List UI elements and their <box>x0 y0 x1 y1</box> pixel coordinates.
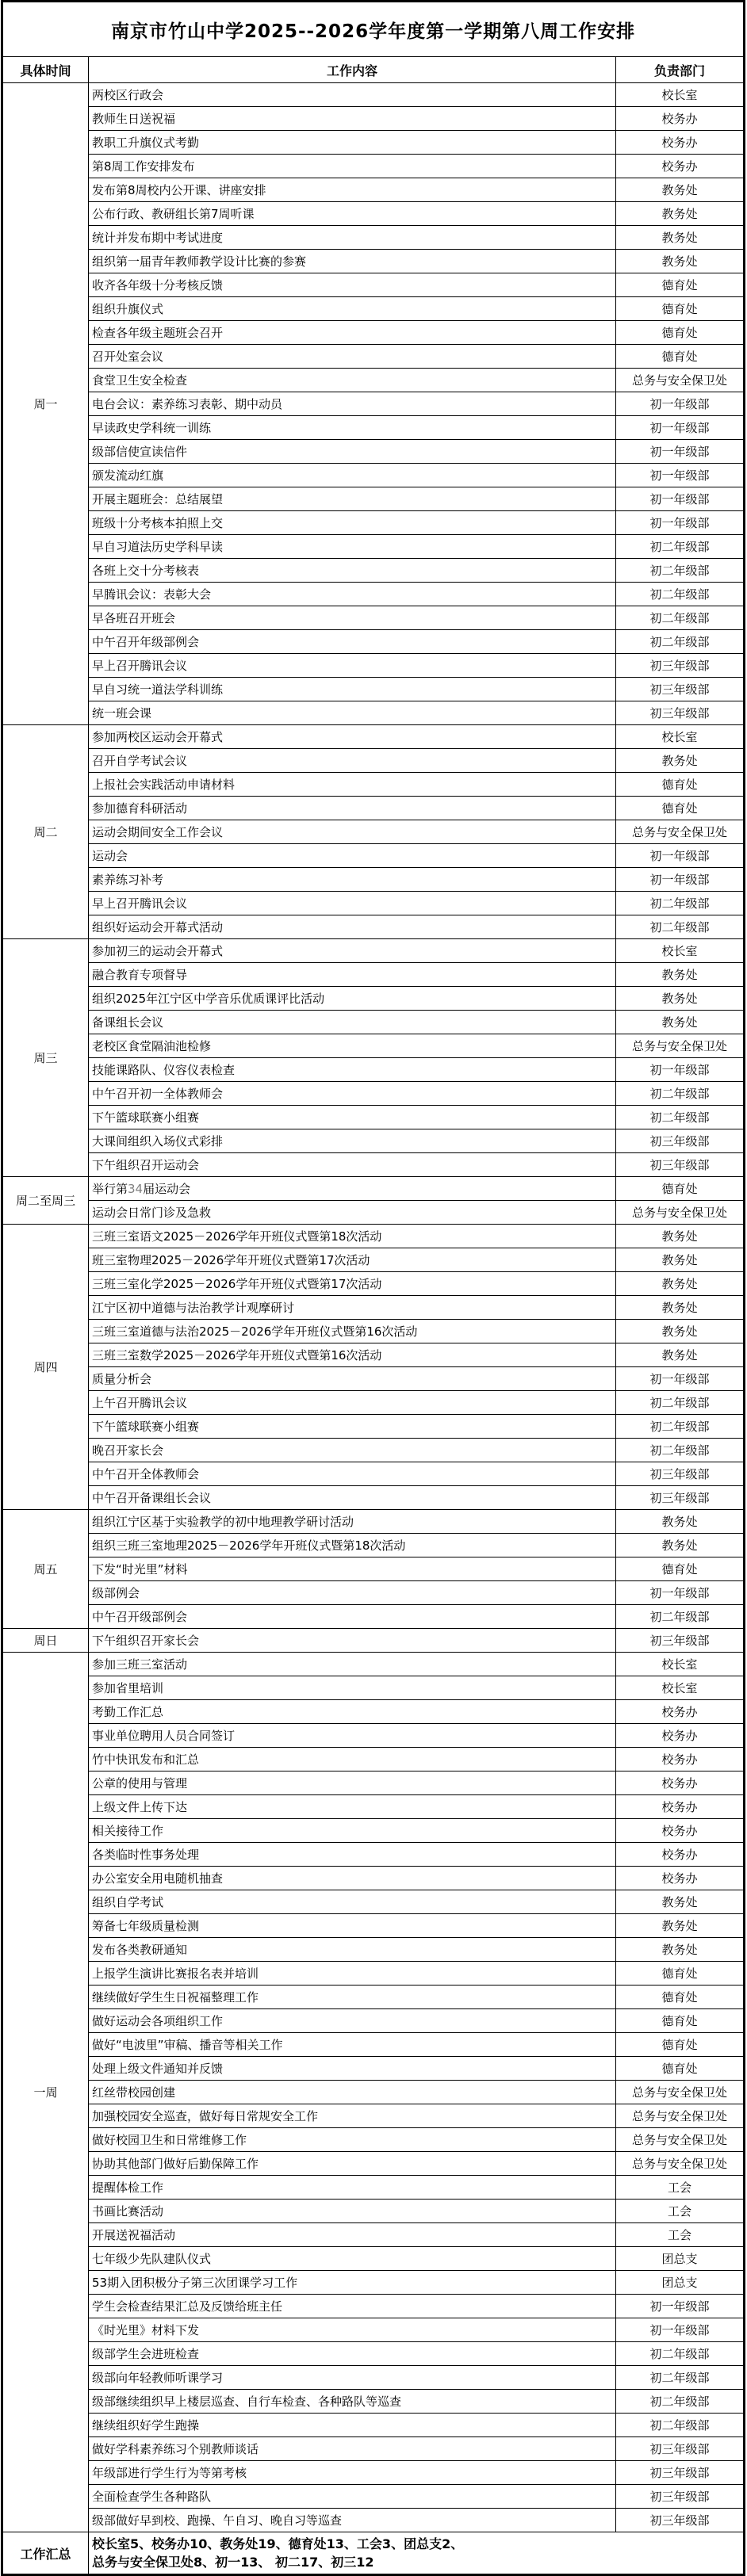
department-cell: 校务办 <box>616 107 745 131</box>
work-content-cell: 三班三室道德与法治2025－2026学年开班仪式暨第16次活动 <box>89 1320 616 1343</box>
time-cell-5: 周五 <box>2 1510 89 1629</box>
department-cell: 教务处 <box>616 1938 745 1962</box>
department-cell: 初一年级部 <box>616 464 745 487</box>
table-row: 处理上级文件通知并反馈德育处 <box>2 2057 745 2081</box>
table-row: 融合教育专项督导教务处 <box>2 963 745 987</box>
summary-line-1: 校长室5、校务办10、教务处19、德育处13、工会3、团总支2、 <box>92 2536 463 2551</box>
table-row: 班级十分考核本拍照上交初一年级部 <box>2 511 745 535</box>
department-cell: 校长室 <box>616 1676 745 1700</box>
work-content-cell: 参加三班三室活动 <box>89 1653 616 1676</box>
department-cell: 校长室 <box>616 725 745 749</box>
work-content-cell: 教师生日送祝福 <box>89 107 616 131</box>
table-row: 运动会期间安全工作会议总务与安全保卫处 <box>2 820 745 844</box>
table-row: 各班上交十分考核表初二年级部 <box>2 559 745 583</box>
table-row: 中午召开初一全体教师会初二年级部 <box>2 1082 745 1106</box>
work-content-cell: 下发“时光里”材料 <box>89 1557 616 1581</box>
table-row: 组织好运动会开幕式活动初二年级部 <box>2 915 745 939</box>
department-cell: 校长室 <box>616 1653 745 1676</box>
department-cell: 团总支 <box>616 2247 745 2271</box>
table-row: 三班三室道德与法治2025－2026学年开班仪式暨第16次活动教务处 <box>2 1320 745 1343</box>
table-row: 组织三班三室地理2025－2026学年开班仪式暨第18次活动教务处 <box>2 1534 745 1557</box>
work-content-cell: 组织2025年江宁区中学音乐优质课评比活动 <box>89 987 616 1011</box>
department-cell: 校务办 <box>616 1724 745 1748</box>
work-content-cell: 书画比赛活动 <box>89 2200 616 2223</box>
work-content-cell: 下午组织召开家长会 <box>89 1629 616 1653</box>
work-content-cell: 处理上级文件通知并反馈 <box>89 2057 616 2081</box>
table-row: 三班三室化学2025－2026学年开班仪式暨第17次活动教务处 <box>2 1272 745 1296</box>
department-cell: 校务办 <box>616 1700 745 1724</box>
table-row: 协助其他部门做好后勤保障工作总务与安全保卫处 <box>2 2152 745 2176</box>
table-row: 收齐各年级十分考核反馈德育处 <box>2 273 745 297</box>
department-cell: 初一年级部 <box>616 1058 745 1082</box>
work-content-cell: 做好学科素养练习个别教师谈话 <box>89 2437 616 2461</box>
work-content-cell: 电台会议：素养练习表彰、期中动员 <box>89 392 616 416</box>
table-row: 下发“时光里”材料德育处 <box>2 1557 745 1581</box>
table-row: 中午召开全体教师会初三年级部 <box>2 1462 745 1486</box>
department-cell: 德育处 <box>616 1557 745 1581</box>
table-row: 中午召开备课组长会议初三年级部 <box>2 1486 745 1510</box>
department-cell: 教务处 <box>616 1011 745 1034</box>
work-content-cell: 相关接待工作 <box>89 1819 616 1843</box>
department-cell: 德育处 <box>616 797 745 820</box>
work-content-cell: 级部例会 <box>89 1581 616 1605</box>
work-schedule-sheet: 南京市竹山中学2025--2026学年度第一学期第八周工作安排 具体时间 工作内… <box>1 0 743 2576</box>
department-cell: 初一年级部 <box>616 844 745 868</box>
table-row: 筹备七年级质量检测教务处 <box>2 1914 745 1938</box>
department-cell: 德育处 <box>616 2057 745 2081</box>
work-content-cell: 《时光里》材料下发 <box>89 2318 616 2342</box>
work-content-cell: 公布行政、教研组长第7周听课 <box>89 202 616 226</box>
table-row: 学生会检查结果汇总及反馈给班主任初一年级部 <box>2 2295 745 2318</box>
table-row: 组织第一届青年教师教学设计比赛的参赛教务处 <box>2 250 745 273</box>
work-content-cell: 中午召开年级部例会 <box>89 630 616 654</box>
work-content-cell: 级部继续组织早上楼层巡查、自行车检查、各种路队等巡查 <box>89 2390 616 2414</box>
table-row: 周五组织江宁区基于实验教学的初中地理教学研讨活动教务处 <box>2 1510 745 1534</box>
department-cell: 教务处 <box>616 202 745 226</box>
table-row: 中午召开年级部例会初二年级部 <box>2 630 745 654</box>
table-row: 公布行政、教研组长第7周听课教务处 <box>2 202 745 226</box>
department-cell: 教务处 <box>616 226 745 250</box>
department-cell: 初二年级部 <box>616 2390 745 2414</box>
work-content-cell: 事业单位聘用人员合同签订 <box>89 1724 616 1748</box>
table-row: 食堂卫生安全检查总务与安全保卫处 <box>2 369 745 392</box>
department-cell: 初二年级部 <box>616 1106 745 1129</box>
table-row: 早自习道法历史学科早读初二年级部 <box>2 535 745 559</box>
department-cell: 初二年级部 <box>616 583 745 606</box>
time-cell-7: 一周 <box>2 1653 89 2532</box>
table-row: 电台会议：素养练习表彰、期中动员初一年级部 <box>2 392 745 416</box>
department-cell: 初一年级部 <box>616 440 745 464</box>
table-row: 江宁区初中道德与法治教学计观摩研讨教务处 <box>2 1296 745 1320</box>
table-row: 周三参加初三的运动会开幕式校长室 <box>2 939 745 963</box>
table-row: 开展主题班会：总结展望初一年级部 <box>2 487 745 511</box>
department-cell: 初二年级部 <box>616 892 745 915</box>
department-cell: 德育处 <box>616 773 745 797</box>
time-cell-2: 周三 <box>2 939 89 1177</box>
work-content-cell: 食堂卫生安全检查 <box>89 369 616 392</box>
department-cell: 校长室 <box>616 939 745 963</box>
department-cell: 教务处 <box>616 250 745 273</box>
table-row: 召开自学考试会议教务处 <box>2 749 745 773</box>
department-cell: 初二年级部 <box>616 630 745 654</box>
table-row: 上报社会实践活动申请材料德育处 <box>2 773 745 797</box>
table-row: 周二参加两校区运动会开幕式校长室 <box>2 725 745 749</box>
work-content-cell: 做好运动会各项组织工作 <box>89 2009 616 2033</box>
work-content-cell: 下午组织召开运动会 <box>89 1153 616 1177</box>
department-cell: 总务与安全保卫处 <box>616 2081 745 2104</box>
table-row: 七年级少先队建队仪式团总支 <box>2 2247 745 2271</box>
table-row: 三班三室数学2025－2026学年开班仪式暨第16次活动教务处 <box>2 1343 745 1367</box>
page-title: 南京市竹山中学2025--2026学年度第一学期第八周工作安排 <box>2 2 745 57</box>
department-cell: 德育处 <box>616 297 745 321</box>
department-cell: 校长室 <box>616 83 745 107</box>
table-row: 级部学生会进班检查初二年级部 <box>2 2342 745 2366</box>
department-cell: 初三年级部 <box>616 678 745 701</box>
table-row: 早自习统一道法学科训练初三年级部 <box>2 678 745 701</box>
table-row: 加强校园安全巡查，做好每日常规安全工作总务与安全保卫处 <box>2 2104 745 2128</box>
department-cell: 教务处 <box>616 1320 745 1343</box>
work-content-cell: 检查各年级主题班会召开 <box>89 321 616 345</box>
department-cell: 初二年级部 <box>616 606 745 630</box>
department-cell: 德育处 <box>616 2033 745 2057</box>
department-cell: 初三年级部 <box>616 1129 745 1153</box>
time-cell-0: 周一 <box>2 83 89 725</box>
work-content-cell: 上级文件上传下达 <box>89 1795 616 1819</box>
department-cell: 校务办 <box>616 1819 745 1843</box>
table-row: 早读政史学科统一训练初一年级部 <box>2 416 745 440</box>
table-row: 红丝带校园创建总务与安全保卫处 <box>2 2081 745 2104</box>
table-row: 大课间组织入场仪式彩排初三年级部 <box>2 1129 745 1153</box>
table-row: 早腾讯会议：表彰大会初二年级部 <box>2 583 745 606</box>
work-content-cell: 学生会检查结果汇总及反馈给班主任 <box>89 2295 616 2318</box>
work-content-cell: 七年级少先队建队仪式 <box>89 2247 616 2271</box>
table-row: 开展送祝福活动工会 <box>2 2223 745 2247</box>
work-content-cell: 发布第8周校内公开课、讲座安排 <box>89 178 616 202</box>
department-cell: 工会 <box>616 2200 745 2223</box>
work-content-cell: 中午召开初一全体教师会 <box>89 1082 616 1106</box>
table-row: 办公室安全用电随机抽查校务办 <box>2 1867 745 1890</box>
department-cell: 初三年级部 <box>616 1629 745 1653</box>
department-cell: 校务办 <box>616 1843 745 1867</box>
table-row: 竹中快讯发布和汇总校务办 <box>2 1748 745 1771</box>
table-row: 早各班召开班会初二年级部 <box>2 606 745 630</box>
department-cell: 校务办 <box>616 1771 745 1795</box>
table-row: 做好校园卫生和日常维修工作总务与安全保卫处 <box>2 2128 745 2152</box>
table-row: 早上召开腾讯会议初三年级部 <box>2 654 745 678</box>
work-content-cell: 班级十分考核本拍照上交 <box>89 511 616 535</box>
department-cell: 德育处 <box>616 1986 745 2009</box>
department-cell: 初三年级部 <box>616 654 745 678</box>
department-cell: 初三年级部 <box>616 2485 745 2509</box>
work-content-cell: 上报学生演讲比赛报名表并培训 <box>89 1962 616 1986</box>
department-cell: 教务处 <box>616 1534 745 1557</box>
work-content-cell: 举行第34届运动会 <box>89 1177 616 1201</box>
table-row: 班三室物理2025－2026学年开班仪式暨第17次活动教务处 <box>2 1248 745 1272</box>
header-row: 具体时间 工作内容 负责部门 <box>2 57 745 83</box>
work-content-cell: 早腾讯会议：表彰大会 <box>89 583 616 606</box>
department-cell: 初三年级部 <box>616 1153 745 1177</box>
department-cell: 德育处 <box>616 2009 745 2033</box>
work-content-cell: 召开处室会议 <box>89 345 616 369</box>
work-content-cell: 办公室安全用电随机抽查 <box>89 1867 616 1890</box>
work-content-cell: 老校区食堂隔油池检修 <box>89 1034 616 1058</box>
table-row: 下午组织召开运动会初三年级部 <box>2 1153 745 1177</box>
department-cell: 校务办 <box>616 1748 745 1771</box>
work-content-cell: 收齐各年级十分考核反馈 <box>89 273 616 297</box>
department-cell: 初一年级部 <box>616 2318 745 2342</box>
department-cell: 初一年级部 <box>616 487 745 511</box>
department-cell: 初一年级部 <box>616 1581 745 1605</box>
department-cell: 校务办 <box>616 155 745 178</box>
department-cell: 初三年级部 <box>616 2437 745 2461</box>
work-content-cell: 两校区行政会 <box>89 83 616 107</box>
work-content-cell: 参加德育科研活动 <box>89 797 616 820</box>
work-content-cell: 备课组长会议 <box>89 1011 616 1034</box>
work-content-cell: 组织升旗仪式 <box>89 297 616 321</box>
table-row: 召开处室会议德育处 <box>2 345 745 369</box>
table-row: 技能课路队、仪容仪表检查初一年级部 <box>2 1058 745 1082</box>
department-cell: 总务与安全保卫处 <box>616 1201 745 1225</box>
work-content-cell: 统计并发布期中考试进度 <box>89 226 616 250</box>
summary-line-2: 总务与安全保卫处8、初一13、 初二17、初三12 <box>92 2555 374 2570</box>
table-row: 晚召开家长会初二年级部 <box>2 1439 745 1462</box>
department-cell: 初二年级部 <box>616 1439 745 1462</box>
table-row: 继续做好学生生日祝福整理工作德育处 <box>2 1986 745 2009</box>
work-content-cell: 筹备七年级质量检测 <box>89 1914 616 1938</box>
department-cell: 教务处 <box>616 1248 745 1272</box>
department-cell: 德育处 <box>616 273 745 297</box>
department-cell: 初一年级部 <box>616 392 745 416</box>
work-content-cell: 发布各类教研通知 <box>89 1938 616 1962</box>
table-row: 发布第8周校内公开课、讲座安排教务处 <box>2 178 745 202</box>
work-content-cell: 组织三班三室地理2025－2026学年开班仪式暨第18次活动 <box>89 1534 616 1557</box>
work-content-cell: 下午篮球联赛小组赛 <box>89 1415 616 1439</box>
department-cell: 教务处 <box>616 1343 745 1367</box>
table-row: 级部做好早到校、跑操、午自习、晚自习等巡查初三年级部 <box>2 2509 745 2532</box>
work-content-cell: 早各班召开班会 <box>89 606 616 630</box>
department-cell: 教务处 <box>616 178 745 202</box>
table-row: 备课组长会议教务处 <box>2 1011 745 1034</box>
department-cell: 校务办 <box>616 1795 745 1819</box>
department-cell: 教务处 <box>616 749 745 773</box>
table-row: 相关接待工作校务办 <box>2 1819 745 1843</box>
department-cell: 校务办 <box>616 1867 745 1890</box>
department-cell: 团总支 <box>616 2271 745 2295</box>
column-header-content: 工作内容 <box>89 57 616 83</box>
table-row: 下午篮球联赛小组赛初二年级部 <box>2 1106 745 1129</box>
table-row: 检查各年级主题班会召开德育处 <box>2 321 745 345</box>
table-row: 考勤工作汇总校务办 <box>2 1700 745 1724</box>
work-content-cell: 上午召开腾讯会议 <box>89 1391 616 1415</box>
department-cell: 初二年级部 <box>616 559 745 583</box>
work-content-cell: 参加初三的运动会开幕式 <box>89 939 616 963</box>
department-cell: 教务处 <box>616 1296 745 1320</box>
work-content-cell: 竹中快讯发布和汇总 <box>89 1748 616 1771</box>
department-cell: 初二年级部 <box>616 535 745 559</box>
summary-content: 校长室5、校务办10、教务处19、德育处13、工会3、团总支2、 总务与安全保卫… <box>89 2532 745 2575</box>
work-content-cell: 公章的使用与管理 <box>89 1771 616 1795</box>
work-content-cell: 提醒体检工作 <box>89 2176 616 2200</box>
department-cell: 教务处 <box>616 963 745 987</box>
work-content-cell: 早读政史学科统一训练 <box>89 416 616 440</box>
column-header-department: 负责部门 <box>616 57 745 83</box>
table-row: 老校区食堂隔油池检修总务与安全保卫处 <box>2 1034 745 1058</box>
work-content-cell: 组织江宁区基于实验教学的初中地理教学研讨活动 <box>89 1510 616 1534</box>
work-content-cell: 运动会期间安全工作会议 <box>89 820 616 844</box>
table-row: 一周参加三班三室活动校长室 <box>2 1653 745 1676</box>
table-row: 级部例会初一年级部 <box>2 1581 745 1605</box>
table-row: 组织自学考试教务处 <box>2 1890 745 1914</box>
department-cell: 总务与安全保卫处 <box>616 1034 745 1058</box>
department-cell: 德育处 <box>616 1962 745 1986</box>
department-cell: 德育处 <box>616 321 745 345</box>
work-content-cell: 晚召开家长会 <box>89 1439 616 1462</box>
department-cell: 德育处 <box>616 345 745 369</box>
table-row: 级部继续组织早上楼层巡查、自行车检查、各种路队等巡查初二年级部 <box>2 2390 745 2414</box>
table-row: 《时光里》材料下发初一年级部 <box>2 2318 745 2342</box>
work-content-cell: 开展送祝福活动 <box>89 2223 616 2247</box>
department-cell: 德育处 <box>616 1177 745 1201</box>
table-row: 统一班会课初三年级部 <box>2 701 745 725</box>
time-cell-6: 周日 <box>2 1629 89 1653</box>
department-cell: 初二年级部 <box>616 1415 745 1439</box>
table-row: 参加德育科研活动德育处 <box>2 797 745 820</box>
table-row: 级部信使宣读信件初一年级部 <box>2 440 745 464</box>
table-row: 上午召开腾讯会议初二年级部 <box>2 1391 745 1415</box>
work-content-cell: 开展主题班会：总结展望 <box>89 487 616 511</box>
table-row: 周日下午组织召开家长会初三年级部 <box>2 1629 745 1653</box>
schedule-table: 南京市竹山中学2025--2026学年度第一学期第八周工作安排 具体时间 工作内… <box>1 0 745 2576</box>
table-row: 做好“电波里”审稿、播音等相关工作德育处 <box>2 2033 745 2057</box>
work-content-cell: 融合教育专项督导 <box>89 963 616 987</box>
work-content-cell: 三班三室数学2025－2026学年开班仪式暨第16次活动 <box>89 1343 616 1367</box>
work-content-cell: 技能课路队、仪容仪表检查 <box>89 1058 616 1082</box>
work-content-cell: 组织第一届青年教师教学设计比赛的参赛 <box>89 250 616 273</box>
department-cell: 初三年级部 <box>616 2461 745 2485</box>
work-content-cell: 组织好运动会开幕式活动 <box>89 915 616 939</box>
work-content-cell: 早上召开腾讯会议 <box>89 654 616 678</box>
summary-row: 工作汇总 校长室5、校务办10、教务处19、德育处13、工会3、团总支2、 总务… <box>2 2532 745 2575</box>
work-content-cell: 早上召开腾讯会议 <box>89 892 616 915</box>
department-cell: 教务处 <box>616 1914 745 1938</box>
department-cell: 初二年级部 <box>616 1082 745 1106</box>
gray-number: 34 <box>128 1182 143 1196</box>
department-cell: 初二年级部 <box>616 2366 745 2390</box>
department-cell: 教务处 <box>616 1225 745 1248</box>
work-content-cell: 考勤工作汇总 <box>89 1700 616 1724</box>
work-content-cell: 早自习道法历史学科早读 <box>89 535 616 559</box>
table-row: 中午召开级部例会初二年级部 <box>2 1605 745 1629</box>
work-content-cell: 统一班会课 <box>89 701 616 725</box>
table-row: 53期入团积极分子第三次团课学习工作团总支 <box>2 2271 745 2295</box>
department-cell: 初一年级部 <box>616 1367 745 1391</box>
work-content-cell: 运动会日常门诊及急救 <box>89 1201 616 1225</box>
work-content-cell: 教职工升旗仪式考勤 <box>89 131 616 155</box>
work-content-cell: 下午篮球联赛小组赛 <box>89 1106 616 1129</box>
table-row: 教师生日送祝福校务办 <box>2 107 745 131</box>
department-cell: 初二年级部 <box>616 915 745 939</box>
department-cell: 教务处 <box>616 1272 745 1296</box>
table-row: 组织2025年江宁区中学音乐优质课评比活动教务处 <box>2 987 745 1011</box>
table-row: 素养练习补考初一年级部 <box>2 868 745 892</box>
table-row: 周四三班三室语文2025－2026学年开班仪式暨第18次活动教务处 <box>2 1225 745 1248</box>
department-cell: 初一年级部 <box>616 868 745 892</box>
table-row: 运动会初一年级部 <box>2 844 745 868</box>
table-row: 第8周工作安排发布校务办 <box>2 155 745 178</box>
table-row: 事业单位聘用人员合同签订校务办 <box>2 1724 745 1748</box>
department-cell: 初二年级部 <box>616 1605 745 1629</box>
department-cell: 总务与安全保卫处 <box>616 820 745 844</box>
work-content-cell: 召开自学考试会议 <box>89 749 616 773</box>
department-cell: 初三年级部 <box>616 1462 745 1486</box>
department-cell: 总务与安全保卫处 <box>616 369 745 392</box>
table-row: 周二至周三举行第34届运动会德育处 <box>2 1177 745 1201</box>
work-content-cell: 中午召开备课组长会议 <box>89 1486 616 1510</box>
work-content-cell: 做好“电波里”审稿、播音等相关工作 <box>89 2033 616 2057</box>
work-content-cell: 质量分析会 <box>89 1367 616 1391</box>
work-content-cell: 颁发流动红旗 <box>89 464 616 487</box>
work-content-cell: 各班上交十分考核表 <box>89 559 616 583</box>
department-cell: 工会 <box>616 2176 745 2200</box>
department-cell: 教务处 <box>616 1510 745 1534</box>
work-content-cell: 级部做好早到校、跑操、午自习、晚自习等巡查 <box>89 2509 616 2532</box>
table-row: 全面检查学生各种路队初三年级部 <box>2 2485 745 2509</box>
work-content-cell: 红丝带校园创建 <box>89 2081 616 2104</box>
department-cell: 初三年级部 <box>616 701 745 725</box>
work-content-cell: 班三室物理2025－2026学年开班仪式暨第17次活动 <box>89 1248 616 1272</box>
work-content-cell: 参加两校区运动会开幕式 <box>89 725 616 749</box>
table-row: 下午篮球联赛小组赛初二年级部 <box>2 1415 745 1439</box>
department-cell: 初三年级部 <box>616 2509 745 2532</box>
department-cell: 初一年级部 <box>616 511 745 535</box>
table-row: 级部向年轻教师听课学习初二年级部 <box>2 2366 745 2390</box>
table-row: 上级文件上传下达校务办 <box>2 1795 745 1819</box>
work-content-cell: 年级部进行学生行为等第考核 <box>89 2461 616 2485</box>
department-cell: 初二年级部 <box>616 2414 745 2437</box>
table-row: 做好运动会各项组织工作德育处 <box>2 2009 745 2033</box>
department-cell: 总务与安全保卫处 <box>616 2152 745 2176</box>
table-row: 周一两校区行政会校长室 <box>2 83 745 107</box>
work-content-cell: 协助其他部门做好后勤保障工作 <box>89 2152 616 2176</box>
table-row: 继续组织好学生跑操初二年级部 <box>2 2414 745 2437</box>
table-row: 发布各类教研通知教务处 <box>2 1938 745 1962</box>
work-content-cell: 三班三室化学2025－2026学年开班仪式暨第17次活动 <box>89 1272 616 1296</box>
work-content-cell: 运动会 <box>89 844 616 868</box>
department-cell: 初三年级部 <box>616 1486 745 1510</box>
table-row: 书画比赛活动工会 <box>2 2200 745 2223</box>
department-cell: 初一年级部 <box>616 2295 745 2318</box>
work-content-cell: 中午召开级部例会 <box>89 1605 616 1629</box>
department-cell: 总务与安全保卫处 <box>616 2128 745 2152</box>
work-content-cell: 上报社会实践活动申请材料 <box>89 773 616 797</box>
work-content-cell: 早自习统一道法学科训练 <box>89 678 616 701</box>
summary-label: 工作汇总 <box>2 2532 89 2575</box>
work-content-cell: 各类临时性事务处理 <box>89 1843 616 1867</box>
time-cell-4: 周四 <box>2 1225 89 1510</box>
work-content-cell: 参加省里培训 <box>89 1676 616 1700</box>
work-content-cell: 中午召开全体教师会 <box>89 1462 616 1486</box>
work-content-cell: 全面检查学生各种路队 <box>89 2485 616 2509</box>
work-content-cell: 加强校园安全巡查，做好每日常规安全工作 <box>89 2104 616 2128</box>
department-cell: 校务办 <box>616 131 745 155</box>
work-content-cell: 级部信使宣读信件 <box>89 440 616 464</box>
work-content-cell: 做好校园卫生和日常维修工作 <box>89 2128 616 2152</box>
table-row: 提醒体检工作工会 <box>2 2176 745 2200</box>
table-row: 公章的使用与管理校务办 <box>2 1771 745 1795</box>
department-cell: 教务处 <box>616 1890 745 1914</box>
title-row: 南京市竹山中学2025--2026学年度第一学期第八周工作安排 <box>2 2 745 57</box>
table-row: 做好学科素养练习个别教师谈话初三年级部 <box>2 2437 745 2461</box>
